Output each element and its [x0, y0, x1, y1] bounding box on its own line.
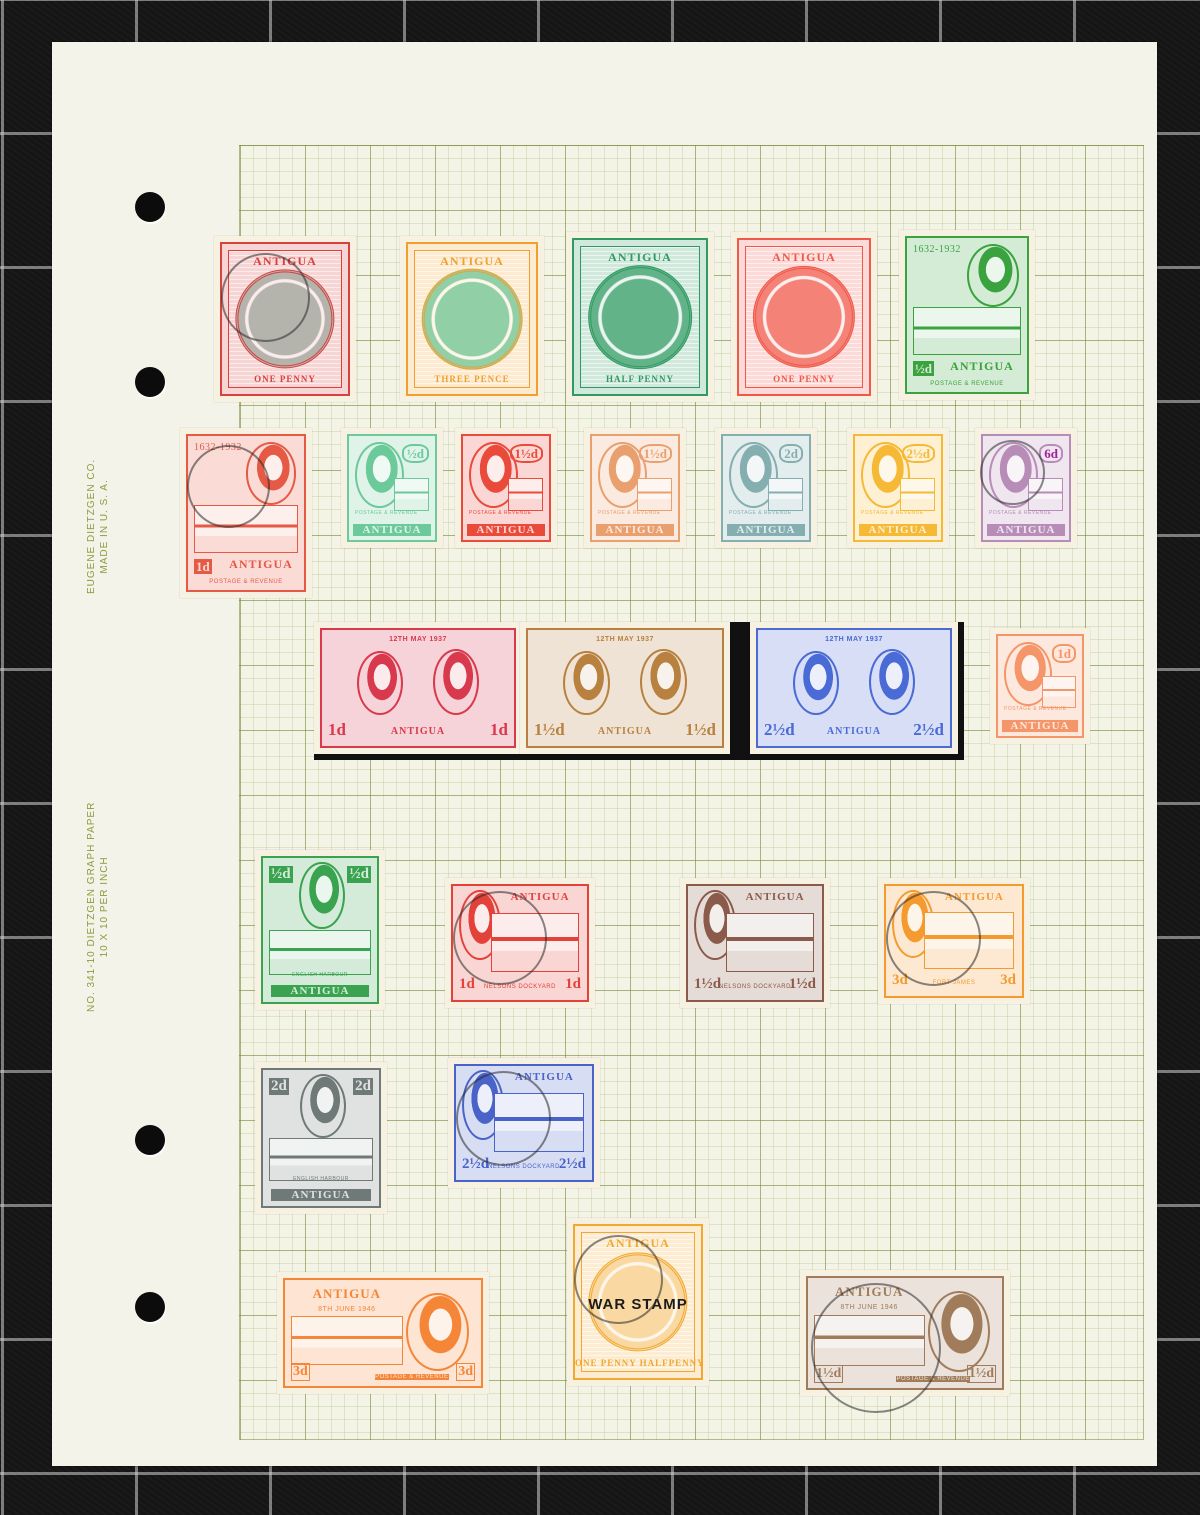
- stamp-value-right: 3d: [456, 1363, 475, 1381]
- imprint-maker: EUGENE DIETZGEN CO. MADE IN U. S. A.: [85, 459, 111, 594]
- stamp-design: 1632-19321dANTIGUAPOSTAGE & REVENUE: [186, 434, 306, 592]
- stamp-country: ANTIGUA: [727, 524, 805, 536]
- binder-hole: [135, 192, 165, 222]
- king-portrait: [299, 862, 344, 929]
- binder-hole: [135, 1125, 165, 1155]
- king-portrait: [246, 442, 296, 505]
- stamp-country: ANTIGUA: [322, 726, 514, 737]
- stamp-country: ANTIGUA: [271, 985, 369, 997]
- stamp-design: 1½dPOSTAGE & REVENUEANTIGUA: [590, 434, 680, 542]
- stamp-design: ANTIGUA8TH JUNE 19463d3dPOSTAGE & REVENU…: [283, 1278, 483, 1388]
- stamp-design: ANTIGUA8TH JUNE 19461½d1½dPOSTAGE & REVE…: [806, 1276, 1004, 1390]
- landscape-scene: [924, 912, 1014, 969]
- stamp[interactable]: ANTIGUA1d1dNELSONS DOCKYARD: [445, 878, 595, 1008]
- stamp-design: 1½dPOSTAGE & REVENUEANTIGUA: [461, 434, 551, 542]
- binder-hole: [135, 367, 165, 397]
- stamp-design: ANTIGUATHREE PENCE: [406, 242, 538, 396]
- stamp-date: 8TH JUNE 1946: [814, 1304, 924, 1311]
- stamp-country: ANTIGUA: [493, 891, 587, 903]
- stamp-value-right: 2d: [353, 1078, 373, 1095]
- stamp-value-text: ONE PENNY: [222, 374, 348, 384]
- stamp[interactable]: ANTIGUA8TH JUNE 19461½d1½dPOSTAGE & REVE…: [800, 1270, 1010, 1396]
- stamp-value: 1d: [194, 559, 212, 574]
- queen-portrait: [563, 651, 610, 715]
- war-stamp-overprint: WAR STAMP: [575, 1296, 701, 1313]
- stamp-caption: POSTAGE & REVENUE: [463, 510, 549, 516]
- king-portrait: [300, 1074, 346, 1138]
- stamp-country: ANTIGUA: [408, 254, 536, 269]
- stamp-country: ANTIGUA: [497, 1071, 592, 1083]
- stamp-caption: ENGLISH HARBOUR: [263, 972, 377, 978]
- stamp-design: 1dPOSTAGE & REVENUEANTIGUA: [996, 634, 1084, 738]
- stamp[interactable]: ANTIGUA3d3dFORT JAMES: [878, 878, 1030, 1004]
- stamp-country: ANTIGUA: [739, 250, 869, 265]
- stamp-design: 6dPOSTAGE & REVENUEANTIGUA: [981, 434, 1071, 542]
- imprint-origin-line: MADE IN U. S. A.: [98, 459, 111, 594]
- stamp-country: ANTIGUA: [859, 524, 937, 536]
- stamp-caption: POSTAGE & REVENUE: [349, 510, 435, 516]
- stamp[interactable]: 2d2dENGLISH HARBOURANTIGUA: [255, 1062, 387, 1214]
- king-portrait: [967, 244, 1019, 307]
- stamp-design: ½d½dENGLISH HARBOURANTIGUA: [261, 856, 379, 1004]
- stamp-design: 2dPOSTAGE & REVENUEANTIGUA: [721, 434, 811, 542]
- stamp-design: ANTIGUAONE PENNY: [737, 238, 871, 396]
- stamp-design: ANTIGUA3d3dFORT JAMES: [884, 884, 1024, 998]
- stamp-design: ANTIGUA2½d2½dNELSONS DOCKYARD: [454, 1064, 594, 1182]
- landscape-scene: [726, 913, 814, 972]
- stamp-design: 12TH MAY 19372½d2½dANTIGUA: [756, 628, 952, 748]
- stamp-caption: POSTAGE & REVENUE: [907, 381, 1027, 387]
- parliament-scene: [291, 1316, 403, 1365]
- stamp-caption: NELSONS DOCKYARD: [688, 984, 822, 990]
- imprint-maker-line: EUGENE DIETZGEN CO.: [85, 459, 98, 594]
- stamp[interactable]: ANTIGUA2½d2½dNELSONS DOCKYARD: [448, 1058, 600, 1188]
- stamp-design: 2½dPOSTAGE & REVENUEANTIGUA: [853, 434, 943, 542]
- coat-of-arms-medallion: [588, 265, 692, 369]
- coat-of-arms-medallion: [235, 269, 334, 368]
- stamp-value-text: ONE PENNY: [739, 374, 869, 384]
- stamp-caption: POSTAGE & REVENUE: [188, 579, 304, 585]
- stamp-value: 1½d: [639, 444, 672, 463]
- stamp-value-left: ½d: [269, 866, 293, 883]
- stamp-caption: POSTAGE & REVENUE: [375, 1374, 449, 1380]
- stamp[interactable]: 12TH MAY 19372½d2½dANTIGUA: [750, 622, 958, 754]
- stamp-design: ANTIGUAONE PENNY HALFPENNYWAR STAMP: [573, 1224, 703, 1380]
- stamp-caption: POSTAGE & REVENUE: [592, 510, 678, 516]
- harbour-scene: [269, 930, 371, 975]
- stamp-country: ANTIGUA: [728, 891, 822, 903]
- stamp-country: ANTIGUA: [927, 891, 1022, 903]
- stamp-date: 12TH MAY 1937: [758, 636, 950, 643]
- ship-scene: [768, 478, 803, 511]
- stamp-caption: NELSONS DOCKYARD: [453, 984, 587, 990]
- landscape-scene: [913, 307, 1021, 355]
- stamp-caption: POSTAGE & REVENUE: [723, 510, 809, 516]
- stamp-country: ANTIGUA: [814, 1284, 924, 1300]
- stamp-value: 2½d: [902, 444, 935, 463]
- stamp[interactable]: 6dPOSTAGE & REVENUEANTIGUA: [975, 428, 1077, 548]
- imprint-paper: NO. 341-10 DIETZGEN GRAPH PAPER 10 X 10 …: [85, 802, 111, 1012]
- coat-of-arms-medallion: [753, 266, 855, 368]
- stamp[interactable]: ANTIGUA8TH JUNE 19463d3dPOSTAGE & REVENU…: [277, 1272, 489, 1394]
- stamp[interactable]: 1632-1932½dANTIGUAPOSTAGE & REVENUE: [899, 230, 1035, 400]
- stamp-country: ANTIGUA: [222, 254, 348, 269]
- stamp[interactable]: 1½dPOSTAGE & REVENUEANTIGUA: [584, 428, 686, 548]
- stamp[interactable]: ANTIGUAONE PENNY: [731, 232, 877, 402]
- stamp-value-text: ONE PENNY HALFPENNY: [575, 1358, 701, 1368]
- king-portrait: [433, 649, 479, 716]
- king-portrait: [640, 649, 687, 716]
- stamp[interactable]: ½d½dENGLISH HARBOURANTIGUA: [255, 850, 385, 1010]
- harbour-scene: [269, 1138, 373, 1181]
- stamp-value: 6d: [1039, 444, 1063, 463]
- stamp-value-text: HALF PENNY: [574, 374, 706, 384]
- imprint-paper-line: NO. 341-10 DIETZGEN GRAPH PAPER: [85, 802, 98, 1012]
- stamp[interactable]: 12TH MAY 19371½d1½dANTIGUA: [520, 622, 730, 754]
- stamp-design: 12TH MAY 19371d1dANTIGUA: [320, 628, 516, 748]
- stamp[interactable]: ANTIGUAONE PENNY HALFPENNYWAR STAMP: [567, 1218, 709, 1386]
- stamp-caption: POSTAGE & REVENUE: [896, 1376, 970, 1382]
- stamp-caption: POSTAGE & REVENUE: [998, 706, 1082, 712]
- ship-scene: [1042, 676, 1076, 708]
- stamp-country: ANTIGUA: [596, 524, 674, 536]
- stamp[interactable]: 1½dPOSTAGE & REVENUEANTIGUA: [455, 428, 557, 548]
- ship-scene: [1028, 478, 1063, 511]
- stamp[interactable]: 1dPOSTAGE & REVENUEANTIGUA: [990, 628, 1090, 744]
- stamp[interactable]: ANTIGUAHALF PENNY: [566, 232, 714, 402]
- landscape-scene: [494, 1093, 584, 1152]
- stamp-country: ANTIGUA: [574, 250, 706, 265]
- coat-of-arms-medallion: [422, 269, 523, 370]
- stamp-value-text: THREE PENCE: [408, 374, 536, 384]
- stamp[interactable]: 12TH MAY 19371d1dANTIGUA: [314, 622, 522, 754]
- stamp-caption: FORT JAMES: [886, 980, 1022, 986]
- stamp-caption: NELSONS DOCKYARD: [456, 1164, 592, 1170]
- stamp-date: 12TH MAY 1937: [528, 636, 722, 643]
- stamp-country: ANTIGUA: [937, 359, 1027, 374]
- stamp-value: 2d: [779, 444, 803, 463]
- stamp-country: ANTIGUA: [353, 524, 431, 536]
- king-portrait: [406, 1293, 469, 1371]
- king-portrait: [928, 1291, 990, 1372]
- stamp-date: 8TH JUNE 1946: [291, 1306, 403, 1313]
- stamp-country: ANTIGUA: [528, 726, 722, 737]
- stamp[interactable]: ANTIGUAONE PENNY: [214, 236, 356, 402]
- stamp-country: ANTIGUA: [291, 1286, 403, 1302]
- stamp-value-right: 1½d: [967, 1365, 996, 1383]
- stamp-country: ANTIGUA: [271, 1189, 371, 1201]
- stamp-value: ½d: [402, 444, 429, 463]
- stamp-country: ANTIGUA: [467, 524, 545, 536]
- king-portrait: [869, 649, 915, 716]
- stamp-design: ANTIGUA1½d1½dNELSONS DOCKYARD: [686, 884, 824, 1002]
- parliament-scene: [814, 1315, 925, 1365]
- landscape-scene: [491, 913, 579, 972]
- stamp[interactable]: ANTIGUATHREE PENCE: [400, 236, 544, 402]
- stamp-design: 2d2dENGLISH HARBOURANTIGUA: [261, 1068, 381, 1208]
- stamp-date: 12TH MAY 1937: [322, 636, 514, 643]
- stamp-caption: POSTAGE & REVENUE: [983, 510, 1069, 516]
- stamp-caption: ENGLISH HARBOUR: [263, 1176, 379, 1182]
- imprint-ruling-line: 10 X 10 PER INCH: [98, 802, 111, 1012]
- stamp-country: ANTIGUA: [218, 557, 304, 572]
- stamp-design: ½dPOSTAGE & REVENUEANTIGUA: [347, 434, 437, 542]
- stamp-value-left: 2d: [269, 1078, 289, 1095]
- stamp-country: ANTIGUA: [758, 726, 950, 737]
- stamp-country: ANTIGUA: [987, 524, 1065, 536]
- binder-hole: [135, 1292, 165, 1322]
- ship-scene: [637, 478, 672, 511]
- stamp-design: ANTIGUA1d1dNELSONS DOCKYARD: [451, 884, 589, 1002]
- stamp[interactable]: ½dPOSTAGE & REVENUEANTIGUA: [341, 428, 443, 548]
- stamp-caption: POSTAGE & REVENUE: [855, 510, 941, 516]
- stamp-country: ANTIGUA: [575, 1236, 701, 1251]
- stamp-value: ½d: [913, 361, 934, 376]
- landscape-scene: [194, 505, 298, 553]
- ship-scene: [394, 478, 429, 511]
- ship-scene: [900, 478, 935, 511]
- stamp[interactable]: 2dPOSTAGE & REVENUEANTIGUA: [715, 428, 817, 548]
- queen-portrait: [357, 651, 403, 715]
- stamp[interactable]: 2½dPOSTAGE & REVENUEANTIGUA: [847, 428, 949, 548]
- stamp-country: ANTIGUA: [1002, 720, 1078, 732]
- stamp-value-left: 3d: [291, 1363, 310, 1381]
- queen-portrait: [793, 651, 839, 715]
- stamp-value: 1d: [1052, 644, 1076, 663]
- stamp[interactable]: 1632-19321dANTIGUAPOSTAGE & REVENUE: [180, 428, 312, 598]
- ship-scene: [508, 478, 543, 511]
- stamp-design: 12TH MAY 19371½d1½dANTIGUA: [526, 628, 724, 748]
- stamp-design: ANTIGUAONE PENNY: [220, 242, 350, 396]
- stamp-value: 1½d: [510, 444, 543, 463]
- stamp-value-right: ½d: [347, 866, 371, 883]
- stamp-value-left: 1½d: [814, 1365, 843, 1383]
- stamp-design: 1632-1932½dANTIGUAPOSTAGE & REVENUE: [905, 236, 1029, 394]
- stamp[interactable]: ANTIGUA1½d1½dNELSONS DOCKYARD: [680, 878, 830, 1008]
- stamp-design: ANTIGUAHALF PENNY: [572, 238, 708, 396]
